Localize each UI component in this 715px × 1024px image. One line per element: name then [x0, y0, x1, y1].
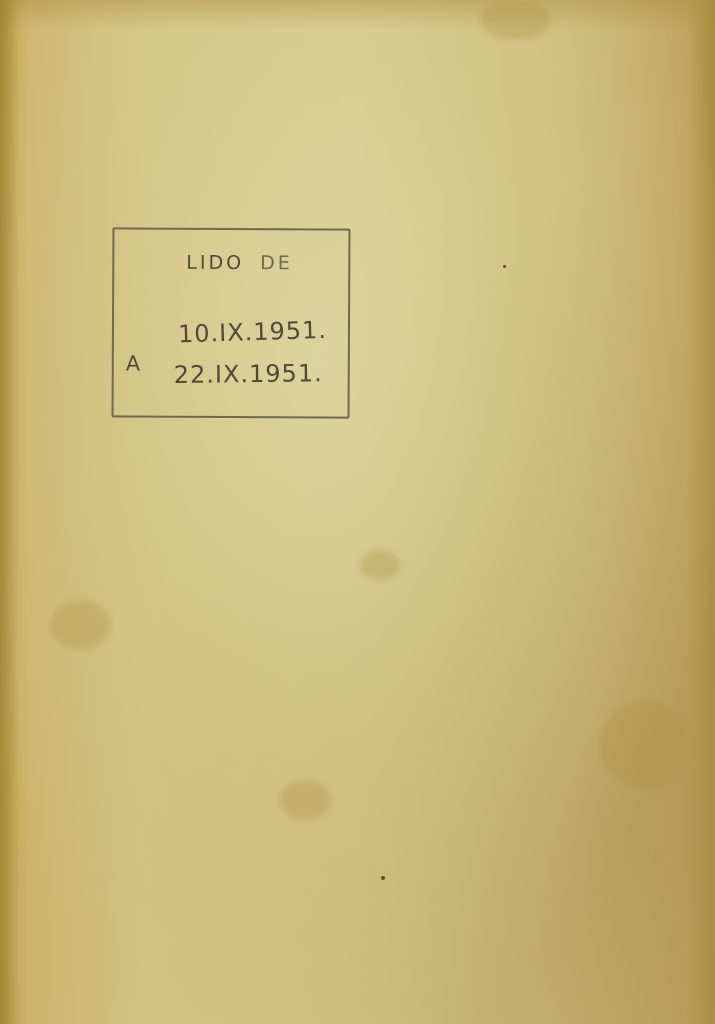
date-from: 10.IX.1951. [178, 316, 328, 348]
stain [50, 600, 110, 650]
stain [280, 780, 330, 820]
stain [600, 700, 690, 790]
paper-page: LIDODE 10.IX.1951. A 22.IX.1951. [0, 0, 715, 1024]
to-label: A [126, 351, 141, 375]
stain [480, 0, 550, 40]
paper-top-edge [0, 0, 715, 30]
read-label: LIDODE [186, 252, 293, 275]
ink-speck [381, 876, 385, 880]
read-title-suffix: DE [260, 252, 293, 274]
paper-left-edge [0, 0, 18, 1024]
ink-speck [503, 265, 506, 268]
stain [360, 550, 400, 580]
handwritten-read-box: LIDODE 10.IX.1951. A 22.IX.1951. [112, 227, 351, 418]
read-title: LIDO [186, 252, 244, 274]
date-to: 22.IX.1951. [174, 359, 323, 389]
